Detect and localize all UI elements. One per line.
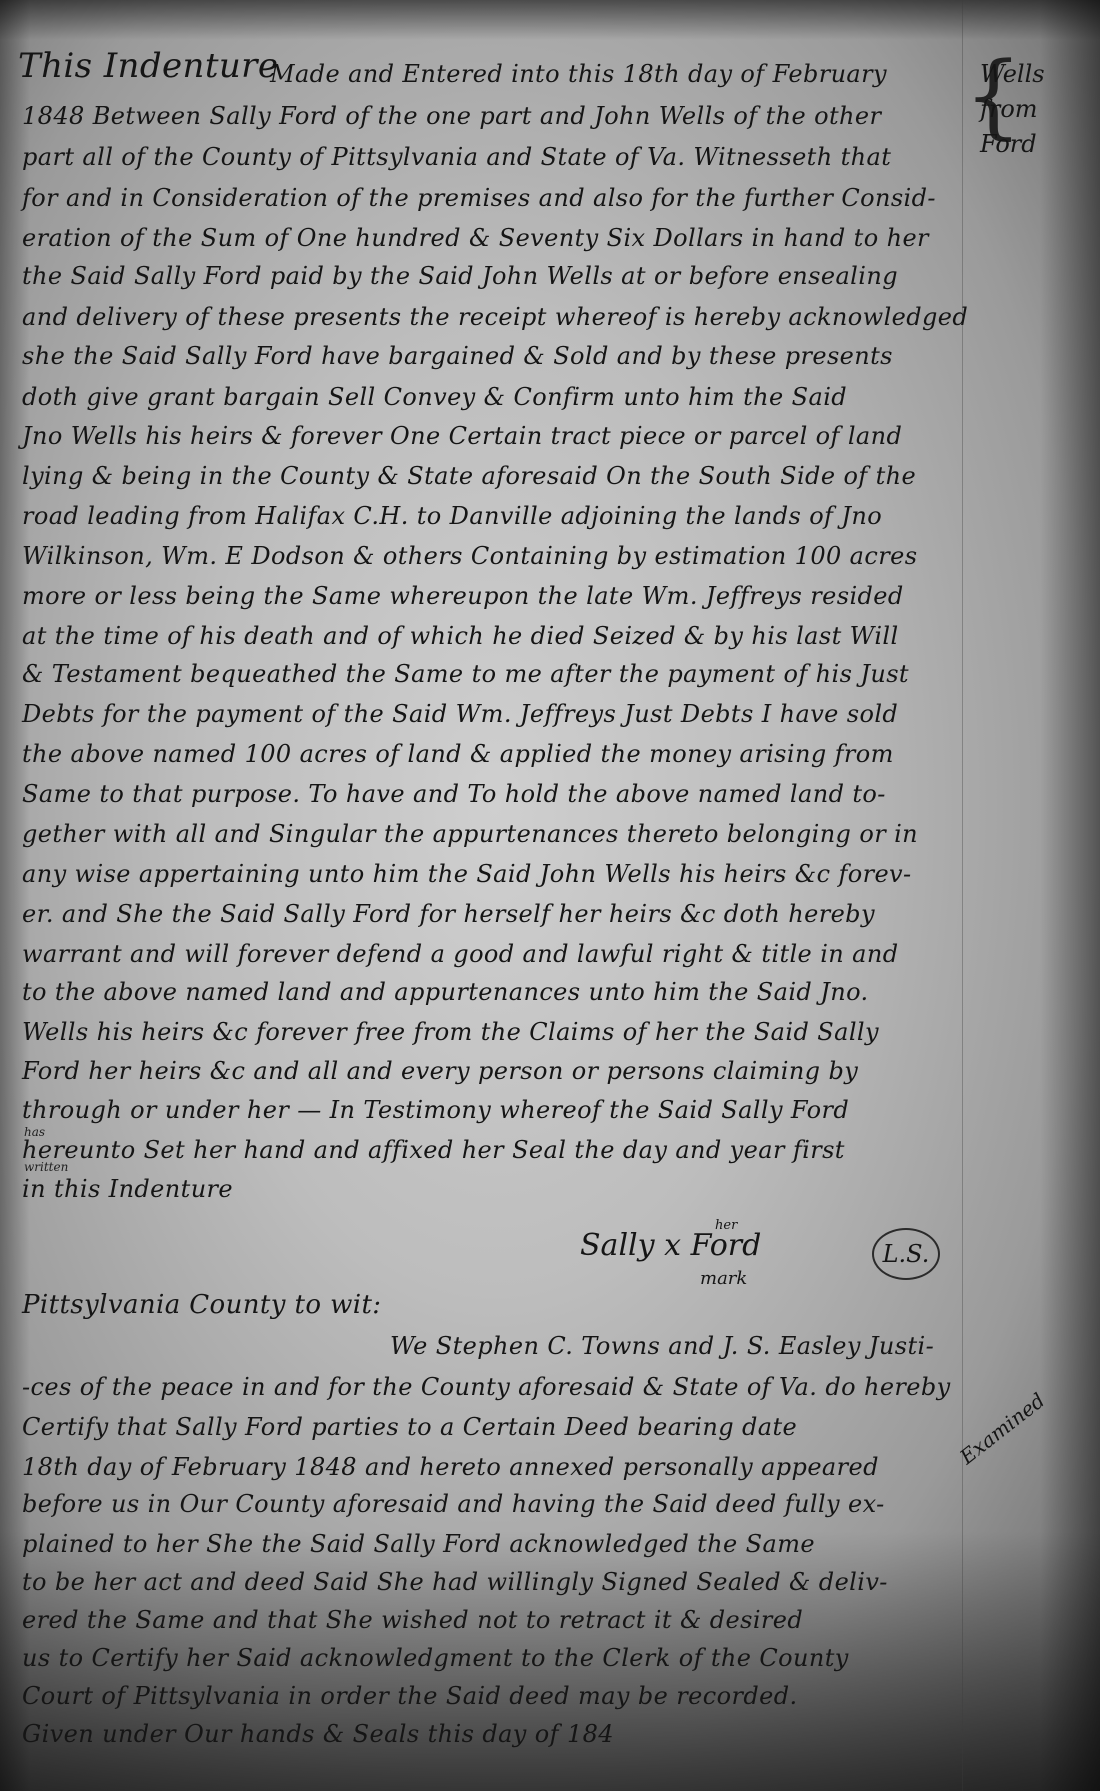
body-line-17: the above named 100 acres of land & appl… (22, 740, 894, 768)
body-line-13: more or less being the Same whereupon th… (22, 582, 904, 610)
body-line-1: 1848 Between Sally Ford of the one part … (22, 102, 881, 130)
certificate-line-7: ered the Same and that She wished not to… (22, 1606, 803, 1634)
body-line-23: to the above named land and appurtenance… (22, 978, 869, 1006)
certificate-line-6: to be her act and deed Said She had will… (22, 1568, 888, 1596)
interlinear-written: written (24, 1160, 68, 1174)
indenture-lead: This Indenture (18, 46, 278, 86)
body-line-2: part all of the County of Pittsylvania a… (22, 143, 891, 171)
body-line-28: in this Indenture (22, 1175, 233, 1203)
margin-note-from: from (980, 95, 1038, 123)
body-line-6: and delivery of these presents the recei… (22, 303, 968, 331)
certificate-line-4: before us in Our County aforesaid and ha… (22, 1490, 885, 1518)
signature-mark: mark (700, 1268, 747, 1289)
body-line-24: Wells his heirs &c forever free from the… (22, 1018, 879, 1046)
body-line-0: Made and Entered into this 18th day of F… (270, 60, 887, 88)
body-line-20: any wise appertaining unto him the Said … (22, 860, 912, 888)
certificate-line-10: Given under Our hands & Seals this day o… (22, 1720, 614, 1748)
body-line-25: Ford her heirs &c and all and every pers… (22, 1057, 858, 1085)
body-line-14: at the time of his death and of which he… (22, 622, 899, 650)
body-line-18: Same to that purpose. To have and To hol… (22, 780, 886, 808)
certificate-line-8: us to Certify her Said acknowledgment to… (22, 1644, 849, 1672)
certificate-line-5: plained to her She the Said Sally Ford a… (22, 1530, 815, 1558)
certificate-line-1: -ces of the peace in and for the County … (22, 1373, 951, 1401)
body-line-15: & Testament bequeathed the Same to me af… (22, 660, 909, 688)
margin-note-ford: Ford (980, 130, 1037, 158)
certificate-line-3: 18th day of February 1848 and hereto ann… (22, 1453, 879, 1481)
body-line-21: er. and She the Said Sally Ford for hers… (22, 900, 875, 928)
certificate-line-2: Certify that Sally Ford parties to a Cer… (22, 1413, 797, 1441)
certificate-line-0: We Stephen C. Towns and J. S. Easley Jus… (390, 1332, 934, 1360)
body-line-26: through or under her — In Testimony wher… (22, 1096, 849, 1124)
body-line-22: warrant and will forever defend a good a… (22, 940, 898, 968)
seal-ford: L.S. (872, 1228, 940, 1280)
seal-ford-label: L.S. (883, 1240, 930, 1268)
certificate-venue: Pittsylvania County to wit: (22, 1290, 381, 1320)
body-line-16: Debts for the payment of the Said Wm. Je… (22, 700, 898, 728)
margin-rule (962, 0, 963, 1791)
deed-page: { Wells from Ford This Indenture Made an… (0, 0, 1100, 1791)
body-line-7: she the Said Sally Ford have bargained &… (22, 342, 893, 370)
body-line-8: doth give grant bargain Sell Convey & Co… (22, 383, 847, 411)
signature-sally-ford: Sally x Ford (580, 1228, 761, 1263)
body-line-10: lying & being in the County & State afor… (22, 462, 916, 490)
certificate-line-9: Court of Pittsylvania in order the Said … (22, 1682, 798, 1710)
body-line-3: for and in Consideration of the premises… (22, 184, 936, 212)
margin-note-wells: Wells (980, 60, 1045, 88)
body-line-11: road leading from Halifax C.H. to Danvil… (22, 502, 882, 530)
examined-note: Examined (955, 1388, 1049, 1469)
body-line-12: Wilkinson, Wm. E Dodson & others Contain… (22, 542, 917, 570)
body-line-4: eration of the Sum of One hundred & Seve… (22, 224, 929, 252)
body-line-9: Jno Wells his heirs & forever One Certai… (22, 422, 902, 450)
body-line-5: the Said Sally Ford paid by the Said Joh… (22, 262, 898, 290)
body-line-27: hereunto Set her hand and affixed her Se… (22, 1136, 845, 1164)
body-line-19: gether with all and Singular the appurte… (22, 820, 918, 848)
